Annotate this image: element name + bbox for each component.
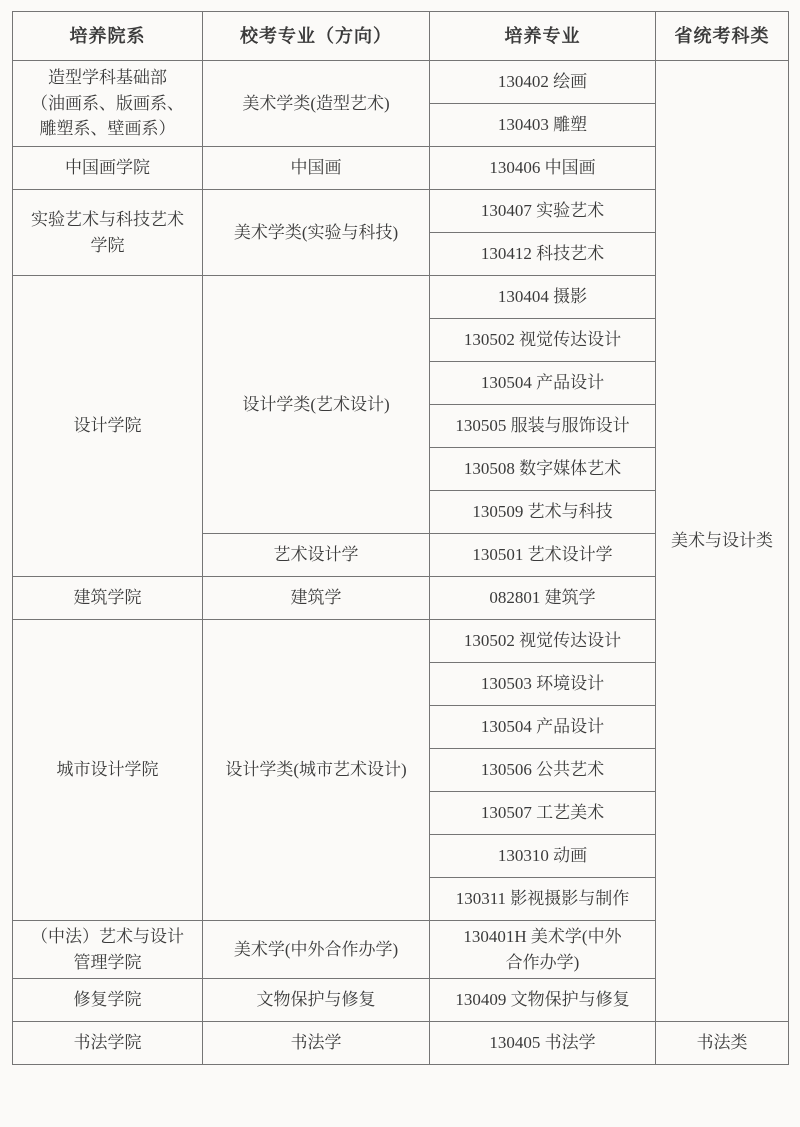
cultivation-major-cell: 130412 科技艺术: [430, 233, 656, 276]
exam-major-cell: 设计学类(艺术设计): [203, 276, 430, 534]
cultivation-major-cell: 130401H 美术学(中外 合作办学): [430, 921, 656, 979]
department-cell: 书法学院: [13, 1022, 203, 1065]
cultivation-major-cell: 130506 公共艺术: [430, 749, 656, 792]
cultivation-major-cell: 130502 视觉传达设计: [430, 319, 656, 362]
provincial-exam-category-cell: 美术与设计类: [656, 61, 789, 1022]
cultivation-major-cell: 130310 动画: [430, 835, 656, 878]
exam-major-cell: 美术学类(造型艺术): [203, 61, 430, 147]
table-body: 造型学科基础部 （油画系、版画系、 雕塑系、壁画系）美术学类(造型艺术)1304…: [13, 61, 789, 1065]
department-cell: 实验艺术与科技艺术 学院: [13, 190, 203, 276]
table-header: 培养院系 校考专业（方向） 培养专业 省统考科类: [13, 12, 789, 61]
cultivation-major-cell: 130403 雕塑: [430, 104, 656, 147]
cultivation-major-cell: 130409 文物保护与修复: [430, 979, 656, 1022]
header-row: 培养院系 校考专业（方向） 培养专业 省统考科类: [13, 12, 789, 61]
exam-major-cell: 建筑学: [203, 577, 430, 620]
cultivation-major-cell: 130504 产品设计: [430, 706, 656, 749]
exam-major-cell: 美术学类(实验与科技): [203, 190, 430, 276]
exam-major-cell: 设计学类(城市艺术设计): [203, 620, 430, 921]
admissions-table: 培养院系 校考专业（方向） 培养专业 省统考科类 造型学科基础部 （油画系、版画…: [12, 11, 789, 1065]
cultivation-major-cell: 130502 视觉传达设计: [430, 620, 656, 663]
cultivation-major-cell: 130508 数字媒体艺术: [430, 448, 656, 491]
cultivation-major-cell: 130505 服装与服饰设计: [430, 405, 656, 448]
exam-major-cell: 美术学(中外合作办学): [203, 921, 430, 979]
department-cell: 造型学科基础部 （油画系、版画系、 雕塑系、壁画系）: [13, 61, 203, 147]
cultivation-major-cell: 130402 绘画: [430, 61, 656, 104]
header-provincial-exam-category: 省统考科类: [656, 12, 789, 61]
cultivation-major-cell: 130405 书法学: [430, 1022, 656, 1065]
cultivation-major-cell: 130504 产品设计: [430, 362, 656, 405]
exam-major-cell: 艺术设计学: [203, 534, 430, 577]
table-row: 书法学院书法学130405 书法学书法类: [13, 1022, 789, 1065]
table-row: 造型学科基础部 （油画系、版画系、 雕塑系、壁画系）美术学类(造型艺术)1304…: [13, 61, 789, 104]
page: 培养院系 校考专业（方向） 培养专业 省统考科类 造型学科基础部 （油画系、版画…: [0, 0, 800, 1127]
department-cell: 修复学院: [13, 979, 203, 1022]
department-cell: （中法）艺术与设计 管理学院: [13, 921, 203, 979]
cultivation-major-cell: 082801 建筑学: [430, 577, 656, 620]
exam-major-cell: 书法学: [203, 1022, 430, 1065]
cultivation-major-cell: 130501 艺术设计学: [430, 534, 656, 577]
header-department: 培养院系: [13, 12, 203, 61]
department-cell: 中国画学院: [13, 147, 203, 190]
exam-major-cell: 中国画: [203, 147, 430, 190]
department-cell: 建筑学院: [13, 577, 203, 620]
department-cell: 设计学院: [13, 276, 203, 577]
cultivation-major-cell: 130407 实验艺术: [430, 190, 656, 233]
header-cultivation-major: 培养专业: [430, 12, 656, 61]
department-cell: 城市设计学院: [13, 620, 203, 921]
header-exam-major: 校考专业（方向）: [203, 12, 430, 61]
provincial-exam-category-cell: 书法类: [656, 1022, 789, 1065]
cultivation-major-cell: 130507 工艺美术: [430, 792, 656, 835]
cultivation-major-cell: 130509 艺术与科技: [430, 491, 656, 534]
cultivation-major-cell: 130503 环境设计: [430, 663, 656, 706]
cultivation-major-cell: 130406 中国画: [430, 147, 656, 190]
exam-major-cell: 文物保护与修复: [203, 979, 430, 1022]
cultivation-major-cell: 130311 影视摄影与制作: [430, 878, 656, 921]
cultivation-major-cell: 130404 摄影: [430, 276, 656, 319]
